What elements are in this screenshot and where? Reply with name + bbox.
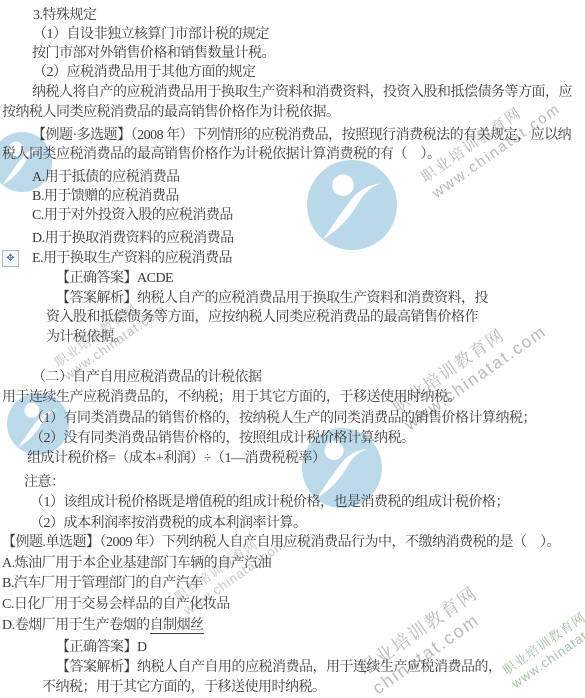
paragraph-line: 用于连续生产应税消费品的，不纳税；用于其它方面的，于移送使用时纳税。 bbox=[2, 390, 461, 406]
rule-item: （2）没有同类消费品销售价格的，按照组成计税价格计算纳税。 bbox=[30, 431, 415, 447]
note-item: （1）该组成计税价格既是增值税的组成计税价格，也是消费税的组成计税价格； bbox=[30, 495, 509, 511]
chinatat-logo-watermark bbox=[307, 160, 397, 250]
correct-answer-line: 【正确答案】D bbox=[56, 640, 147, 656]
question-stem-line: 【例题·多选题】（2008 年）下列情形的应税消费品，按照现行消费税法的有关规定… bbox=[32, 128, 571, 144]
note-heading: 注意： bbox=[24, 475, 65, 491]
answer-analysis-line: 资入股和抵偿债务等方面，应按纳税人同类应税消费品的最高销售价格作 bbox=[46, 310, 478, 326]
option-line: D.卷烟厂用于生产卷烟的自制烟丝 bbox=[2, 618, 204, 634]
option-line: D.用于换取消费资料的应税消费品 bbox=[32, 231, 234, 247]
underlined-key-phrase: 自制烟丝 bbox=[150, 618, 204, 634]
section-heading: 3.特殊规定 bbox=[33, 8, 97, 24]
option-line: C.日化厂用于交易会样品的自产化妆品 bbox=[2, 597, 230, 613]
watermark-text: 职业培训教育网 www.chinatat.com bbox=[500, 596, 585, 692]
question-stem-line: 税人同类应税消费品的最高销售价格作为计税依据计算消费税的有（ ）。 bbox=[2, 147, 441, 163]
option-line: A.用于抵债的应税消费品 bbox=[32, 170, 180, 186]
option-line: E.用于换取生产资料的应税消费品 bbox=[32, 251, 232, 267]
question-stem-line: 【例题.单选题】（2009 年）下列纳税人自产自用应税消费品行为中，不缴纳消费税… bbox=[2, 535, 560, 551]
rule-item: （2）应税消费品用于其他方面的规定 bbox=[33, 65, 256, 81]
answer-analysis-line: 【答案解析】纳税人自产的应税消费品用于换取生产资料和消费资料，投 bbox=[56, 291, 488, 307]
note-item: （2）成本利润率按消费税的成本利润率计算。 bbox=[30, 516, 307, 532]
option-line: C.用于对外投资入股的应税消费品 bbox=[32, 208, 233, 224]
rule-item: （1）有同类消费品的销售价格的，按纳税人生产的同类消费品的销售价格计算纳税； bbox=[30, 411, 536, 427]
answer-analysis-line: 为计税依据。 bbox=[46, 330, 127, 346]
rule-text: 按门市部对外销售价格和销售数量计税。 bbox=[32, 46, 275, 62]
document-page: 职业培训教育网 www.chinatat.com 职业培训教育网 www.chi… bbox=[0, 0, 585, 698]
rule-item: （1）自设非独立核算门市部计税的规定 bbox=[33, 27, 269, 43]
option-text: D.卷烟厂用于生产卷烟的 bbox=[2, 618, 150, 633]
formula-line: 组成计税价格=（成本+利润）÷（1—消费税税率） bbox=[27, 451, 325, 467]
answer-analysis-line: 【答案解析】纳税人自产自用的应税消费品，用于连续生产应税消费品的， bbox=[56, 660, 502, 676]
object-anchor-icon[interactable]: ✥ bbox=[2, 250, 19, 267]
option-line: B.用于馈赠的应税消费品 bbox=[32, 189, 179, 205]
option-line: A.炼油厂用于本企业基建部门车辆的自产汽油 bbox=[2, 556, 271, 572]
correct-answer-line: 【正确答案】ACDE bbox=[56, 271, 173, 287]
option-line: B.汽车厂用于管理部门的自产汽车 bbox=[2, 576, 203, 592]
section-heading: （二）自产自用应税消费品的计税依据 bbox=[32, 370, 262, 386]
paragraph-line: 纳税人将自产的应税消费品用于换取生产资料和消费资料，投资入股和抵偿债务等方面，应 bbox=[32, 85, 572, 101]
answer-analysis-line: 不纳税；用于其它方面的，于移送使用时纳税。 bbox=[42, 680, 326, 696]
watermark-text: 职业培训教育网 chinatat.com bbox=[355, 582, 495, 698]
paragraph-line: 按纳税人同类应税消费品的最高销售价格作为计税依据。 bbox=[2, 105, 340, 121]
